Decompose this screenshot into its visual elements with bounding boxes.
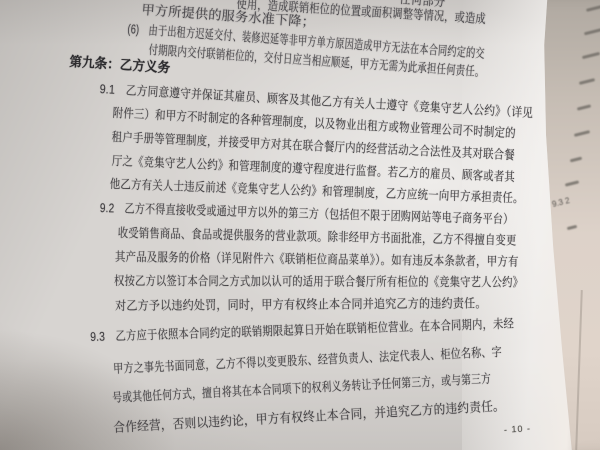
- clause-9-3-line: 合作经营，否则以违约论，甲方有权终止本合同，并追究乙方的违约责任。: [113, 399, 505, 434]
- contract-page: 任何部分 使用，造成联销柜位的位置或面积调整等情况，或造成 甲方所提供的服务水准…: [0, 0, 600, 450]
- clause-9-3-line: 甲方之事先书面同意，乙方不得以变更股东、经营负责人、法定代表人、柜位名称、字: [113, 346, 502, 376]
- clause-9-2-line: 其产品及服务的价格（详见附件六《联销柜位商品菜单》）。如有违反本条款者，甲方有: [115, 251, 519, 269]
- page-stack-edge: [575, 290, 583, 450]
- clause-9-3-line: 9.3 乙方应于依照本合同约定的联销期限起算日开始在联销柜位营业。在本合同期内，…: [90, 318, 514, 344]
- page-number: - 10 -: [504, 423, 532, 434]
- article-heading: 第九条：乙方义务: [69, 55, 170, 75]
- clause-9-2-line: 权按乙方以签订本合同之方式加以认可的适用于联合餐厅所有柜位的《竞集守艺人公约》: [114, 275, 523, 289]
- clause-9-2-line: 对乙方予以违约处罚，同时，甲方有权终止本合同并追究乙方的违约责任。: [115, 297, 487, 312]
- clause-9-2-line: 收受销售商品、食品或提供服务的营业款项。除非经甲方书面批准，乙方不得擅自变更: [118, 227, 517, 247]
- contract-page-photo: 9.3 2 任何部分 使用，造成联销柜位的位置或面积调整等情况，或造成 甲方所提…: [0, 0, 600, 450]
- clause-9-2-line: 9.2 乙方不得直接收受或通过甲方以外的第三方（包括但不限于团购网站等电子商务平…: [100, 202, 514, 226]
- clause-9-3-line: 号或其他任何方式，擅自将其在本合同项下的权利义务转让予任何第三方，或与第三方: [112, 373, 491, 405]
